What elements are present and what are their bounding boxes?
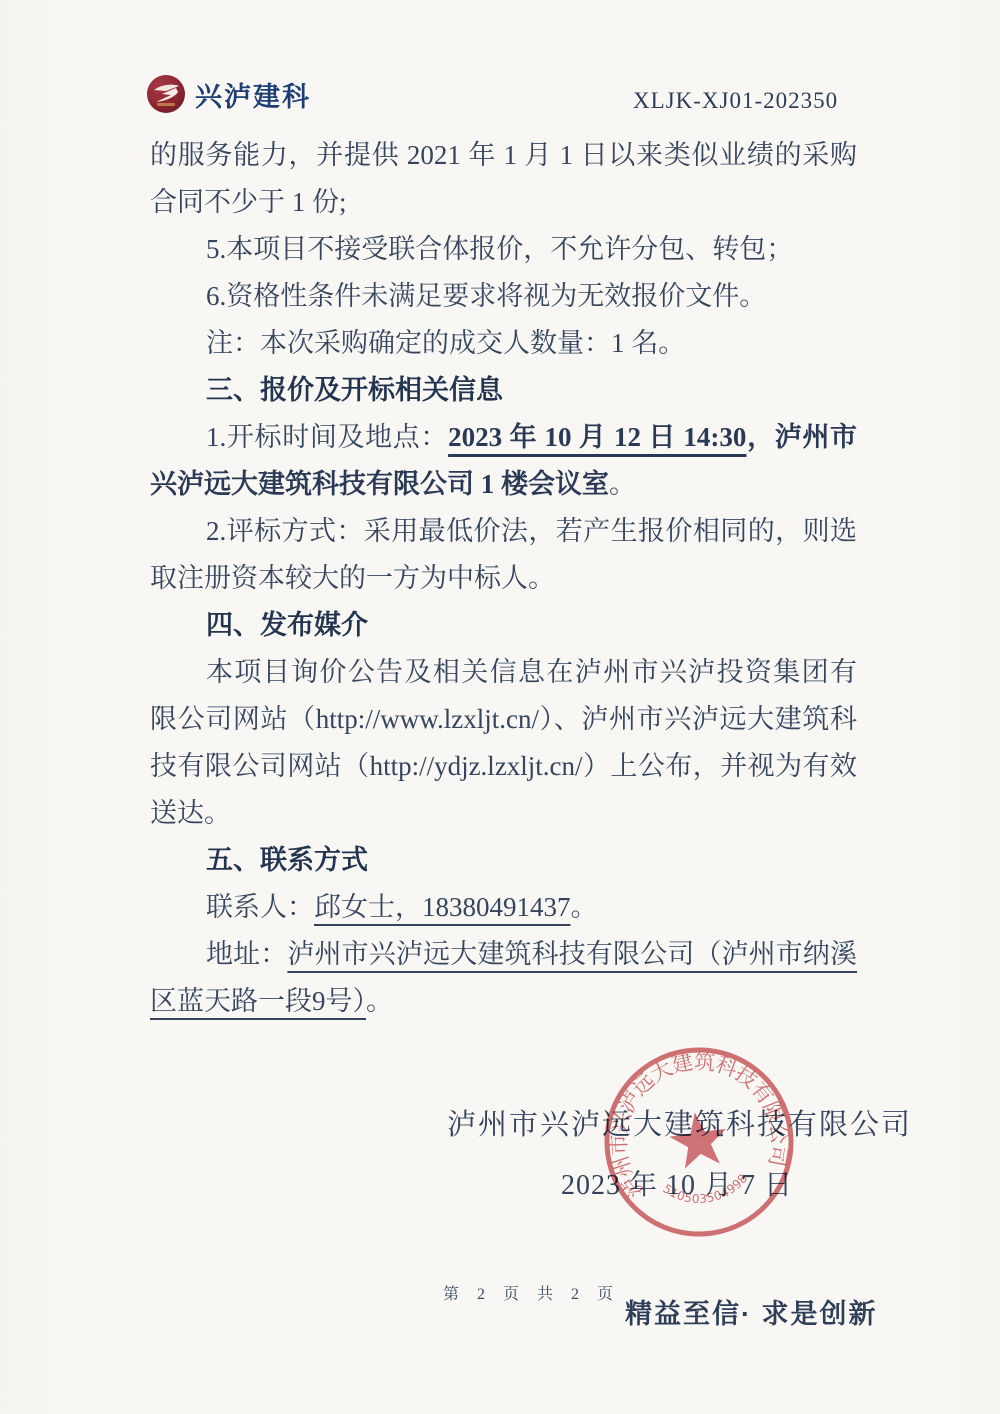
media-line-1: 本项目询价公告及相关信息在泸州市兴泸投资集团有 — [150, 649, 857, 696]
paragraph-line: 的服务能力，并提供 2021 年 1 月 1 日以来类似业绩的采购 — [150, 132, 857, 179]
section-heading-4: 四、发布媒介 — [150, 602, 857, 649]
media-line-4: 送达。 — [150, 790, 857, 837]
address-label: 地址： — [206, 939, 287, 969]
address-value-2: 区蓝天路一段9号） — [150, 986, 366, 1016]
footer-slogan: 精益至信· 求是创新 — [625, 1292, 878, 1331]
open-location-line: 兴泸远大建筑科技有限公司 1 楼会议室。 — [150, 461, 857, 508]
address-value-1: 泸州市兴泸远大建筑科技有限公司（泸州市纳溪 — [287, 939, 857, 969]
condition-item-5: 5.本项目不接受联合体报价，不允许分包、转包； — [150, 226, 857, 273]
document-number: XLJK-XJ01-202350 — [633, 88, 838, 114]
paragraph-line: 合同不少于 1 份; — [150, 179, 857, 226]
contact-label: 联系人： — [206, 892, 314, 922]
period: 。 — [609, 469, 636, 499]
open-location-company: 兴泸远大建筑科技有限公司 1 楼会议室 — [150, 469, 609, 499]
media-line-2: 限公司网站（http://www.lzxljt.cn/）、泸州市兴泸远大建筑科 — [150, 696, 857, 743]
open-location-start: ，泸州市 — [746, 422, 857, 452]
contact-line: 联系人：邱女士，18380491437。 — [150, 884, 857, 931]
evaluation-line-1: 2.评标方式：采用最低价法，若产生报价相同的，则选 — [150, 508, 857, 555]
open-time-prefix: 1.开标时间及地点： — [206, 422, 448, 452]
note-line: 注：本次采购确定的成交人数量：1 名。 — [150, 320, 857, 367]
document-body: 的服务能力，并提供 2021 年 1 月 1 日以来类似业绩的采购 合同不少于 … — [150, 132, 857, 1025]
condition-item-6: 6.资格性条件未满足要求将视为无效报价文件。 — [150, 273, 857, 320]
document-page: 兴泸建科 XLJK-XJ01-202350 的服务能力，并提供 2021 年 1… — [0, 0, 1000, 1414]
logo-badge-icon — [146, 74, 186, 114]
open-datetime: 2023 年 10 月 12 日 14:30 — [448, 422, 746, 452]
media-line-3: 技有限公司网站（http://ydjz.lzxljt.cn/）上公布，并视为有效 — [150, 743, 857, 790]
address-line-1: 地址：泸州市兴泸远大建筑科技有限公司（泸州市纳溪 — [150, 931, 857, 978]
company-stamp: 泸州市兴泸远大建筑科技有限公司 5105035049980 — [580, 1023, 817, 1260]
section-heading-5: 五、联系方式 — [150, 837, 857, 884]
evaluation-line-2: 取注册资本较大的一方为中标人。 — [150, 555, 857, 602]
logo-text: 兴泸建科 — [195, 75, 311, 114]
period: 。 — [571, 892, 598, 922]
open-time-line: 1.开标时间及地点：2023 年 10 月 12 日 14:30，泸州市 — [150, 414, 857, 461]
stamp-star-icon — [667, 1108, 731, 1170]
period: 。 — [366, 986, 393, 1016]
company-logo: 兴泸建科 — [146, 74, 311, 114]
section-heading-3: 三、报价及开标相关信息 — [150, 367, 857, 414]
contact-value: 邱女士，18380491437 — [314, 892, 571, 922]
address-line-2: 区蓝天路一段9号）。 — [150, 978, 857, 1025]
page-number: 第 2 页 共 2 页 — [443, 1281, 620, 1304]
